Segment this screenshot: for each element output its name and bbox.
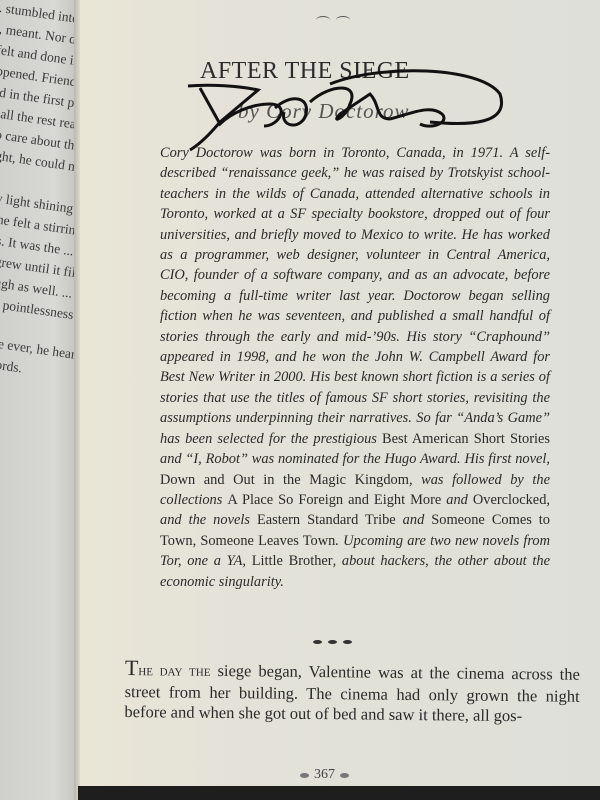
flourish-left-icon (300, 773, 309, 778)
book-title: A Place So Foreign and Eight More (227, 492, 441, 508)
byline: by Cory Doctorow (238, 99, 410, 124)
book-title: Little Brother (252, 553, 333, 569)
small-caps-lead: he day the (138, 663, 210, 680)
left-page: ... stumbled into the ... at, meant. Nor… (0, 0, 78, 800)
page-footer: 367 (300, 767, 349, 783)
drop-cap: T (125, 655, 139, 680)
book-title: Overclocked (473, 492, 547, 508)
bio-text: and “I, Robot” was nominated for the Hug… (160, 451, 550, 467)
page-number: 367 (314, 767, 335, 783)
book-title: Best American Short Stories (382, 431, 550, 447)
section-break-ornament-icon (313, 640, 352, 644)
left-page-text: ... stumbled into the ... at, meant. Nor… (0, 0, 78, 387)
flourish-right-icon (340, 773, 349, 778)
crab-ornament-icon (308, 14, 358, 26)
author-bio: Cory Doctorow was born in Toronto, Canad… (160, 143, 550, 592)
book-title: Down and Out in the Magic Kingdom (160, 472, 409, 488)
page-edge-shadow (78, 786, 600, 800)
bio-text: and (396, 512, 432, 528)
bio-text: and (441, 492, 473, 508)
book-title: Eastern Standard Tribe (257, 512, 396, 528)
story-title: AFTER THE SIEGE (200, 58, 440, 85)
story-opening-paragraph: The day the siege began, Valentine was a… (124, 658, 580, 727)
bio-text: Cory Doctorow was born in Toronto, Canad… (160, 145, 550, 447)
